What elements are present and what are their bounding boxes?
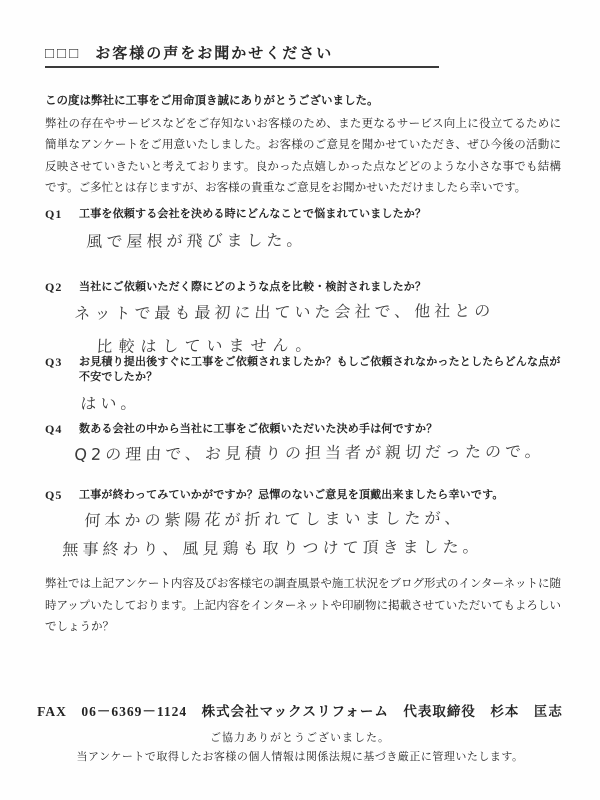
question-block-q1: Q1 工事を依頼する会社を決める時にどんなことで悩まれていましたか？ 風で屋根が… <box>45 207 565 252</box>
handwritten-answer: 比較はしていません。 <box>96 331 565 357</box>
fax-company-line: FAX 06－6369－1124 株式会社マックスリフォーム 代表取締役 杉本 … <box>0 700 600 720</box>
question-row: Q5 工事が終わってみていかがですか？忌憚のないご意見を頂戴出来ましたら幸いです… <box>45 488 565 503</box>
handwritten-answer: 風で屋根が飛びました。 <box>86 226 565 252</box>
question-text: 当社にご依頼いただく際にどのような点を比較・検討されましたか？ <box>79 280 426 295</box>
page-title: お客様の声をお聞かせください <box>95 46 333 62</box>
question-text: お見積り提出後すぐに工事をご依頼されましたか？もしご依頼されなかったとしたらどん… <box>79 355 565 385</box>
question-row: Q1 工事を依頼する会社を決める時にどんなことで悩まれていましたか？ <box>45 207 565 222</box>
question-label: Q4 <box>45 422 79 437</box>
question-label: Q3 <box>45 355 79 370</box>
intro-section: この度は弊社に工事をご用命頂き誠にありがとうございました。 弊社の存在やサービス… <box>45 91 561 200</box>
question-block-q4: Q4 数ある会社の中から当社に工事をご依頼いただいた決め手は何ですか？ Q2の理… <box>45 422 565 465</box>
question-block-q5: Q5 工事が終わってみていかがですか？忌憚のないご意見を頂戴出来ましたら幸いです… <box>45 488 565 560</box>
question-row: Q3 お見積り提出後すぐに工事をご依頼されましたか？もしご依頼されなかったとした… <box>45 355 565 385</box>
question-text: 工事が終わってみていかがですか？忌憚のないご意見を頂戴出来ましたら幸いです。 <box>79 488 504 503</box>
handwritten-answer: 無事終わり、風見鶏も取りつけて頂きました。 <box>62 533 565 560</box>
question-label: Q5 <box>45 488 79 503</box>
intro-lead: この度は弊社に工事をご用命頂き誠にありがとうございました。 <box>45 91 561 113</box>
privacy-note: 当アンケートで取得したお客様の個人情報は関係法規に基づき厳正に管理いたします。 <box>0 748 600 764</box>
handwritten-answer: Q2の理由で、お見積りの担当者が親切だったので。 <box>74 439 565 465</box>
intro-body: 弊社の存在やサービスなどをご存知ないお客様のため、また更なるサービス向上に役立て… <box>45 114 561 200</box>
question-row: Q2 当社にご依頼いただく際にどのような点を比較・検討されましたか？ <box>45 280 565 295</box>
form-title-block: □□□お客様の声をお聞かせください <box>45 42 439 68</box>
question-text: 工事を依頼する会社を決める時にどんなことで悩まれていましたか？ <box>79 207 426 222</box>
survey-document-page: □□□お客様の声をお聞かせください この度は弊社に工事をご用命頂き誠にありがとう… <box>0 0 600 800</box>
handwritten-answer: ネットで最も最初に出ていた会社で、他社との <box>74 298 565 324</box>
handwritten-answer: はい。 <box>80 388 565 414</box>
question-block-q2: Q2 当社にご依頼いただく際にどのような点を比較・検討されましたか？ ネットで最… <box>45 280 565 357</box>
question-label: Q1 <box>45 207 79 222</box>
question-text: 数ある会社の中から当社に工事をご依頼いただいた決め手は何ですか？ <box>79 422 437 437</box>
blog-permission-note: 弊社では上記アンケート内容及びお客様宅の調査風景や施工状況をブログ形式のインター… <box>45 574 561 639</box>
question-row: Q4 数ある会社の中から当社に工事をご依頼いただいた決め手は何ですか？ <box>45 422 565 437</box>
checkbox-squares-decoration: □□□ <box>45 46 81 62</box>
question-block-q3: Q3 お見積り提出後すぐに工事をご依頼されましたか？もしご依頼されなかったとした… <box>45 355 565 414</box>
question-label: Q2 <box>45 280 79 295</box>
thanks-line: ご協力ありがとうございました。 <box>0 729 600 745</box>
handwritten-answer: 何本かの紫陽花が折れてしまいましたが、 <box>84 505 565 531</box>
